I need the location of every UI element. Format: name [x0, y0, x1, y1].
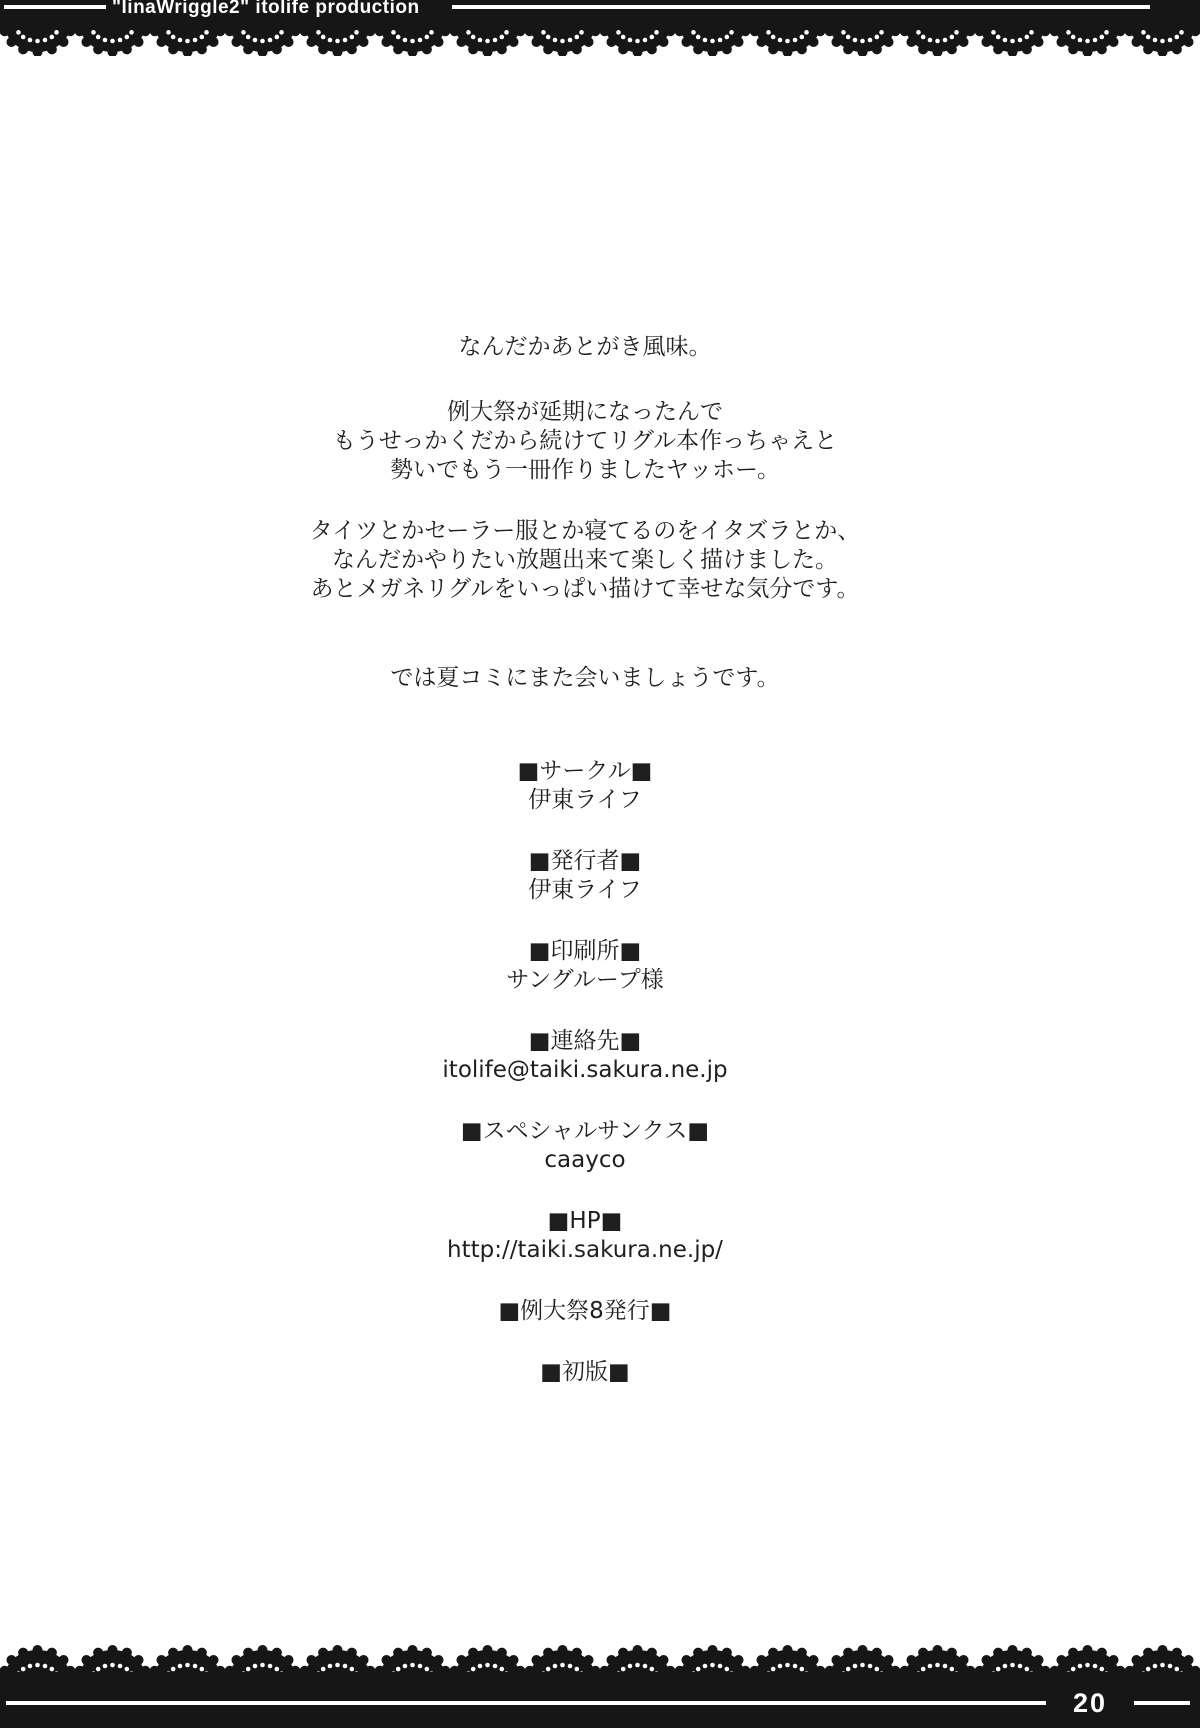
afterword-line: では夏コミにまた会いましょうです。 [390, 665, 779, 691]
credit-publisher: ■発行者■ 伊東ライフ [0, 847, 1170, 905]
afterword-paragraph: なんだかあとがき風味。 [0, 333, 1170, 362]
afterword-text: なんだかあとがき風味。 例大祭が延期になったんで もうせっかくだから続けてリグル… [0, 333, 1170, 1419]
credit-label: ■HP■ [0, 1207, 1170, 1236]
credit-label: ■印刷所■ [0, 937, 1170, 966]
credit-event: ■例大祭8発行■ [0, 1297, 1170, 1326]
credit-label: ■例大祭8発行■ [0, 1297, 1170, 1326]
afterword-line: あとメガネリグルをいっぱい描けて幸せな気分です。 [0, 575, 1170, 604]
credit-email: itolife@taiki.sakura.ne.jp [0, 1056, 1170, 1085]
credit-edition: ■初版■ [0, 1358, 1170, 1387]
page-number: 20 [1056, 1688, 1124, 1719]
bottom-border-band [0, 1672, 1200, 1728]
credit-circle: ■サークル■ 伊東ライフ [0, 757, 1170, 815]
afterword-line: 例大祭が延期になったんで [0, 398, 1170, 427]
credit-value: 伊東ライフ [0, 876, 1170, 905]
credit-special-thanks: ■スペシャルサンクス■ caayco [0, 1117, 1170, 1175]
afterword-paragraph: タイツとかセーラー服とか寝てるのをイタズラとか、 なんだかやりたい放題出来て楽し… [0, 517, 1170, 604]
afterword-line: もうせっかくだから続けてリグル本作っちゃえと [0, 427, 1170, 456]
afterword-line: なんだかやりたい放題出来て楽しく描けました。 [0, 546, 1170, 575]
credit-label: ■サークル■ [0, 757, 1170, 786]
afterword-line: タイツとかセーラー服とか寝てるのをイタズラとか、 [0, 517, 1170, 546]
top-rule-right [452, 5, 1150, 9]
afterword-paragraph: 例大祭が延期になったんで もうせっかくだから続けてリグル本作っちゃえと 勢いでも… [0, 398, 1170, 485]
afterword-line: なんだかあとがき風味。 [459, 334, 712, 360]
credit-url: http://taiki.sakura.ne.jp/ [0, 1236, 1170, 1265]
top-rule-left [4, 5, 106, 9]
credit-value: caayco [0, 1146, 1170, 1175]
bottom-rule-left [6, 1701, 1046, 1705]
afterword-paragraph: では夏コミにまた会いましょうです。 [0, 664, 1170, 693]
credit-label: ■初版■ [0, 1358, 1170, 1387]
afterword-line: 勢いでもう一冊作りましたヤッホー。 [0, 456, 1170, 485]
credit-label: ■スペシャルサンクス■ [0, 1117, 1170, 1146]
credit-value: 伊東ライフ [0, 786, 1170, 815]
page-title: "IinaWriggle2" itolife production [112, 0, 420, 19]
credit-printer: ■印刷所■ サングループ様 [0, 937, 1170, 995]
lace-border-top-icon [0, 30, 1200, 56]
credit-homepage: ■HP■ http://taiki.sakura.ne.jp/ [0, 1207, 1170, 1265]
credit-contact: ■連絡先■ itolife@taiki.sakura.ne.jp [0, 1027, 1170, 1085]
credit-label: ■連絡先■ [0, 1027, 1170, 1056]
bottom-rule-right [1134, 1701, 1190, 1705]
credit-label: ■発行者■ [0, 847, 1170, 876]
lace-border-bottom-icon [0, 1638, 1200, 1672]
credit-value: サングループ様 [0, 966, 1170, 995]
